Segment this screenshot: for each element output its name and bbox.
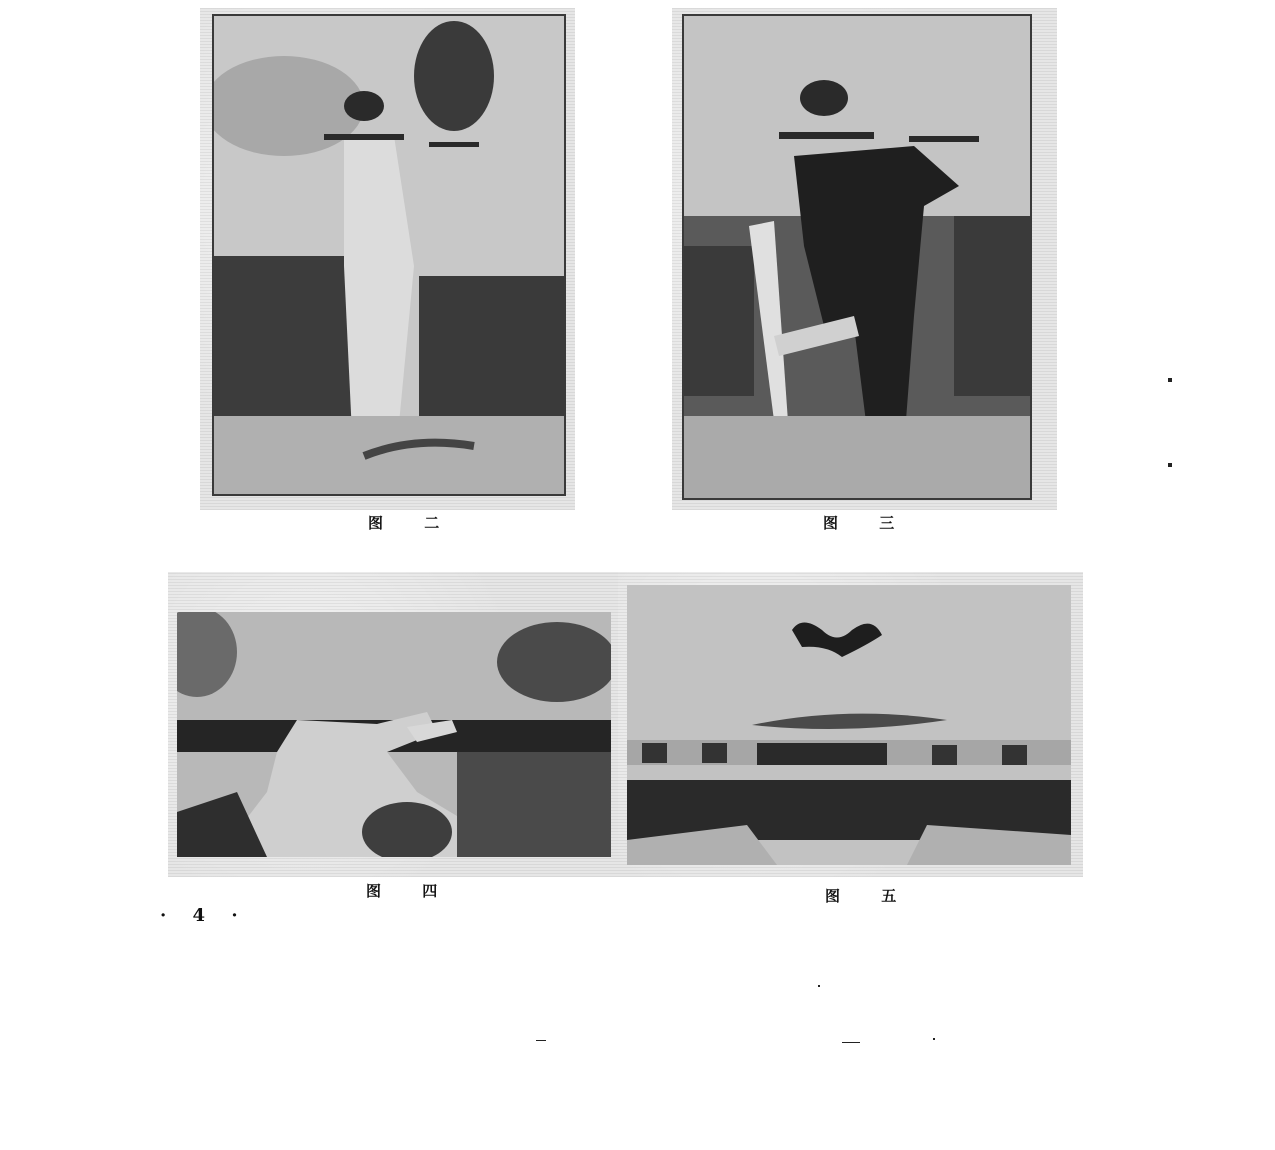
hand-on-flute-image bbox=[177, 612, 611, 857]
scan-speck bbox=[818, 985, 820, 987]
figure-4-photo bbox=[177, 612, 611, 857]
figure-5-caption: 图 五 bbox=[825, 885, 914, 906]
figure-3-caption: 图 三 bbox=[823, 512, 912, 533]
page-number: · 4 · bbox=[160, 905, 248, 926]
figure-2-photo bbox=[212, 14, 566, 496]
figure-5-photo bbox=[627, 585, 1071, 865]
scan-speck bbox=[1168, 463, 1172, 467]
figure-3-photo bbox=[682, 14, 1032, 500]
scan-speck bbox=[536, 1040, 546, 1041]
figure-2-caption: 图 二 bbox=[368, 512, 457, 533]
scan-speck bbox=[842, 1042, 860, 1043]
figure-4-caption: 图 四 bbox=[366, 880, 455, 901]
lips-on-flute-image bbox=[627, 585, 1071, 865]
flutist-standing-image bbox=[214, 16, 564, 494]
scan-speck bbox=[1168, 378, 1172, 382]
flutist-seated-image bbox=[684, 16, 1030, 498]
scan-speck bbox=[933, 1038, 935, 1040]
